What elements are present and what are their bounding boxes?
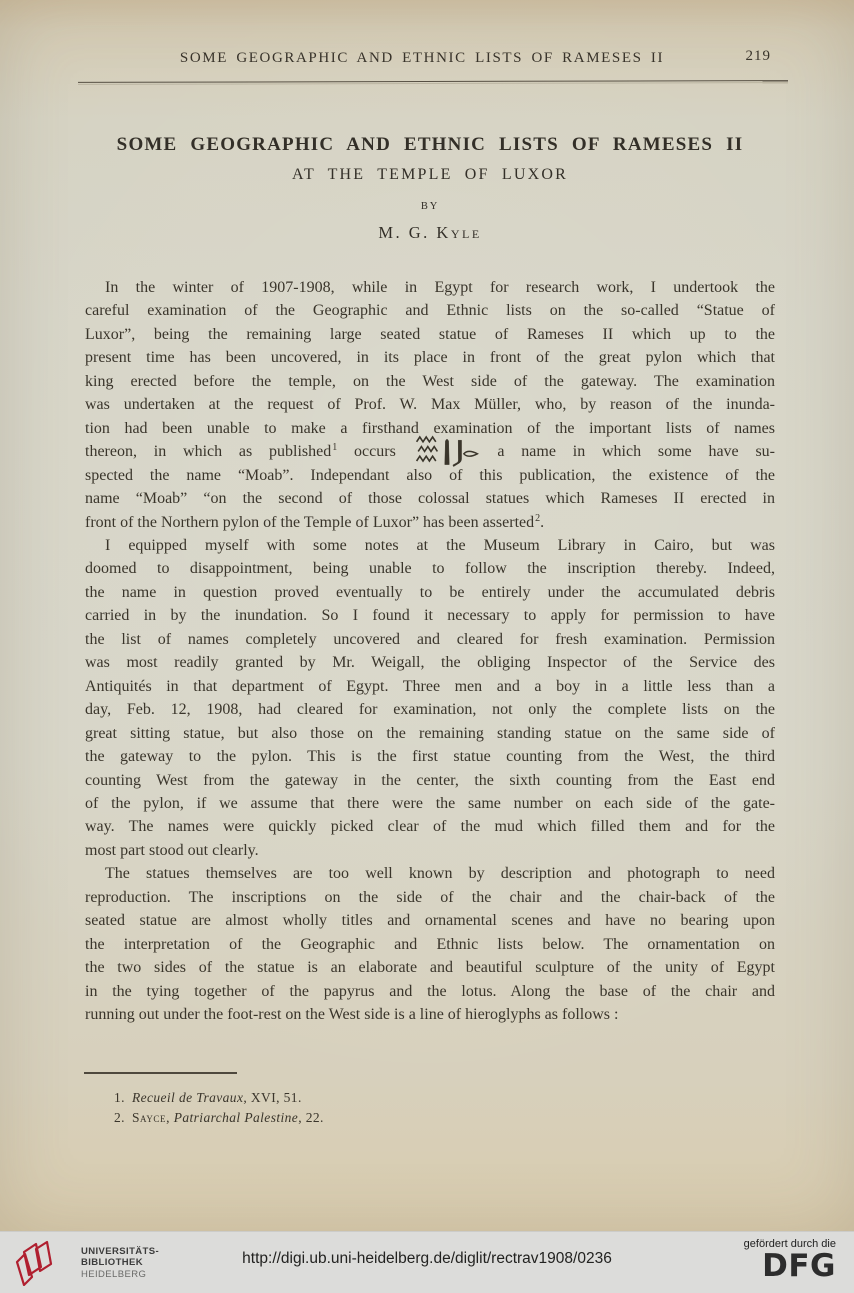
running-head-title: SOME GEOGRAPHIC AND ETHNIC LISTS OF RAME… xyxy=(180,50,664,66)
header-rule xyxy=(78,80,788,83)
text-line: way. The names were quickly picked clear… xyxy=(85,815,775,838)
text-segment: front of the Northern pylon of the Templ… xyxy=(85,514,534,531)
text-line: Antiquités in that department of Egypt. … xyxy=(85,675,775,698)
text-line: great sitting statue, but also those on … xyxy=(85,722,775,745)
article-body: In the winter of 1907-1908, while in Egy… xyxy=(85,276,775,1027)
text-segment: occurs xyxy=(354,443,396,460)
article-subtitle: AT THE TEMPLE OF LUXOR xyxy=(82,166,778,184)
footnote-work-title: Patriarchal Palestine xyxy=(174,1110,299,1125)
page-number: 219 xyxy=(746,48,772,65)
text-line: front of the Northern pylon of the Templ… xyxy=(85,511,775,534)
text-line: counting West from the gateway in the ce… xyxy=(85,769,775,792)
text-line: careful examination of the Geographic an… xyxy=(85,299,775,322)
footnote-reference: , 22. xyxy=(298,1110,324,1125)
text-line: day, Feb. 12, 1908, had cleared for exam… xyxy=(85,698,775,721)
text-segment: a name in which some have su- xyxy=(497,443,775,460)
text-line-with-hieroglyphs: thereon, in which as published1 occurs a… xyxy=(85,440,775,463)
footnote-separator: , xyxy=(166,1110,174,1125)
footnote-work-title: Recueil de Travaux xyxy=(132,1090,243,1105)
text-line: present time has been uncovered, in its … xyxy=(85,346,775,369)
text-line: king erected before the temple, on the W… xyxy=(85,370,775,393)
text-line: reproduction. The inscriptions on the si… xyxy=(85,886,775,909)
text-line: name “Moab” “on the second of those colo… xyxy=(85,487,775,510)
footnote-reference: , XVI, 51. xyxy=(243,1090,301,1105)
paragraph: The statues themselves are too well know… xyxy=(85,862,775,1026)
text-line: the list of names completely uncovered a… xyxy=(85,628,775,651)
text-line: in the tying together of the papyrus and… xyxy=(85,980,775,1003)
footnotes: 1.Recueil de Travaux, XVI, 51. 2.Sayce, … xyxy=(114,1088,324,1127)
digitization-footer: UNIVERSITÄTS- BIBLIOTHEK HEIDELBERG http… xyxy=(0,1231,854,1293)
text-segment: . xyxy=(540,514,544,531)
text-line: seated statue are almost wholly titles a… xyxy=(85,909,775,932)
text-line: I equipped myself with some notes at the… xyxy=(85,534,775,557)
text-line: In the winter of 1907-1908, while in Egy… xyxy=(85,276,775,299)
footnote-1: 1.Recueil de Travaux, XVI, 51. xyxy=(114,1088,324,1108)
text-line: doomed to disappointment, being unable t… xyxy=(85,557,775,580)
hieroglyph-leg-icon xyxy=(444,439,448,464)
digitization-url[interactable]: http://digi.ub.uni-heidelberg.de/diglit/… xyxy=(0,1250,854,1268)
hieroglyph-mouth-icon xyxy=(463,451,477,456)
text-line: was most readily granted by Mr. Weigall,… xyxy=(85,651,775,674)
paragraph: In the winter of 1907-1908, while in Egy… xyxy=(85,276,775,534)
library-name-line3: HEIDELBERG xyxy=(81,1269,159,1281)
running-head: SOME GEOGRAPHIC AND ETHNIC LISTS OF RAME… xyxy=(85,50,759,67)
text-line: Luxor”, being the remaining large seated… xyxy=(85,323,775,346)
hieroglyph-foot-icon xyxy=(452,440,461,466)
funding-block: gefördert durch die DFG xyxy=(744,1238,836,1281)
text-line: The statues themselves are too well know… xyxy=(85,862,775,885)
author-name: M. G. Kyle xyxy=(82,223,778,243)
text-line: the interpretation of the Geographic and… xyxy=(85,933,775,956)
paragraph: I equipped myself with some notes at the… xyxy=(85,534,775,862)
byline-label: BY xyxy=(82,201,778,212)
text-line: most part stood out clearly. xyxy=(85,839,775,862)
text-line: the gateway to the pylon. This is the fi… xyxy=(85,745,775,768)
dfg-logo: DFG xyxy=(744,1251,836,1281)
footnote-author: Sayce xyxy=(132,1110,166,1125)
article-title: SOME GEOGRAPHIC AND ETHNIC LISTS OF RAME… xyxy=(82,134,778,156)
text-line: the two sides of the statue is an elabor… xyxy=(85,956,775,979)
text-line: carried in by the inundation. So I found… xyxy=(85,604,775,627)
scanned-page: SOME GEOGRAPHIC AND ETHNIC LISTS OF RAME… xyxy=(0,0,854,1232)
footnote-number: 1. xyxy=(114,1090,125,1105)
footnote-number: 2. xyxy=(114,1110,125,1125)
text-line: the name in question proved eventually t… xyxy=(85,581,775,604)
footnote-ref-1: 1 xyxy=(332,442,337,453)
text-line: running out under the foot-rest on the W… xyxy=(85,1003,775,1026)
hieroglyph-water-icon xyxy=(416,437,437,461)
footnote-rule xyxy=(84,1072,237,1074)
article-title-block: SOME GEOGRAPHIC AND ETHNIC LISTS OF RAME… xyxy=(82,134,778,243)
text-line: was undertaken at the request of Prof. W… xyxy=(85,393,775,416)
footnote-2: 2.Sayce, Patriarchal Palestine, 22. xyxy=(114,1108,324,1128)
text-line: spected the name “Moab”. Independant als… xyxy=(85,464,775,487)
text-segment: thereon, in which as published xyxy=(85,443,331,460)
text-line: of the pylon, if we assume that there we… xyxy=(85,792,775,815)
scanned-document-viewer: { "colors": { "paper": "#d6d2c2", "ink":… xyxy=(0,0,854,1293)
